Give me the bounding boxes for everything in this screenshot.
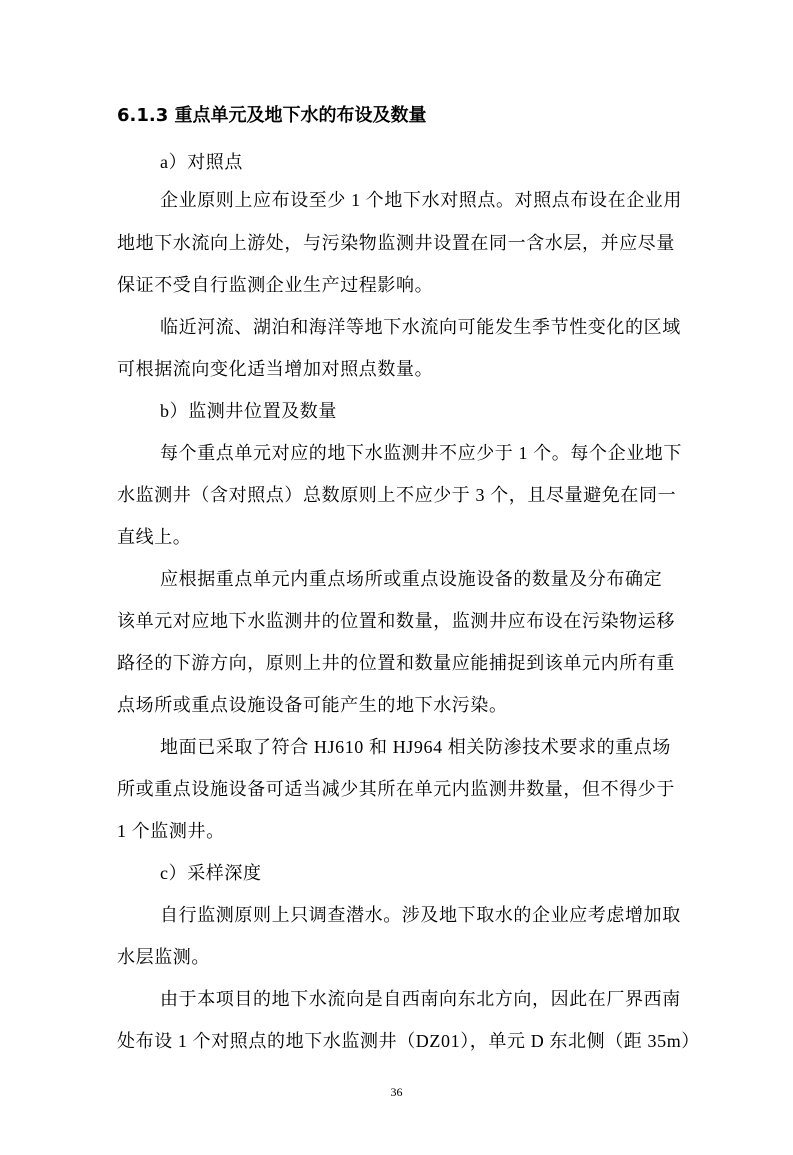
text-line: 临近河流、湖泊和海洋等地下水流向可能发生季节性变化的区域	[160, 315, 681, 339]
text-line: 路径的下游方向，原则上井的位置和数量应能捕捉到该单元内所有重	[117, 651, 675, 675]
text-line: 可根据流向变化适当增加对照点数量。	[117, 357, 433, 381]
text-line: 点场所或重点设施设备可能产生的地下水污染。	[117, 693, 508, 717]
text-line: 保证不受自行监测企业生产过程影响。	[117, 273, 433, 297]
text-line: 自行监测原则上只调查潜水。涉及地下取水的企业应考虑增加取	[160, 903, 681, 927]
text-line: 地面已采取了符合 HJ610 和 HJ964 相关防渗技术要求的重点场	[160, 735, 671, 759]
text-line: 每个重点单元对应的地下水监测井不应少于 1 个。每个企业地下	[160, 441, 682, 465]
text-line: 直线上。	[117, 525, 191, 549]
text-line: a）对照点	[160, 150, 243, 174]
text-line: c）采样深度	[160, 861, 262, 885]
text-line: 处布设 1 个对照点的地下水监测井（DZ01），单元 D 东北侧（距 35m）	[117, 1029, 700, 1053]
text-line: 由于本项目的地下水流向是自西南向东北方向，因此在厂界西南	[160, 987, 681, 1011]
text-line: 所或重点设施设备可适当减少其所在单元内监测井数量，但不得少于	[117, 777, 675, 801]
text-line: b）监测井位置及数量	[160, 399, 337, 423]
page-number: 36	[0, 1084, 793, 1100]
section-heading: 6.1.3 重点单元及地下水的布设及数量	[117, 104, 427, 128]
text-line: 水监测井（含对照点）总数原则上不应少于 3 个，且尽量避免在同一	[117, 483, 676, 507]
text-line: 企业原则上应布设至少 1 个地下水对照点。对照点布设在企业用	[160, 188, 682, 212]
text-line: 应根据重点单元内重点场所或重点设施设备的数量及分布确定	[160, 567, 662, 591]
text-line: 该单元对应地下水监测井的位置和数量，监测井应布设在污染物运移	[117, 609, 675, 633]
document-page: 6.1.3 重点单元及地下水的布设及数量 a）对照点企业原则上应布设至少 1 个…	[0, 0, 793, 1155]
text-line: 水层监测。	[117, 945, 210, 969]
text-line: 地地下水流向上游处，与污染物监测井设置在同一含水层，并应尽量	[117, 231, 675, 255]
text-line: 1 个监测井。	[117, 819, 225, 843]
